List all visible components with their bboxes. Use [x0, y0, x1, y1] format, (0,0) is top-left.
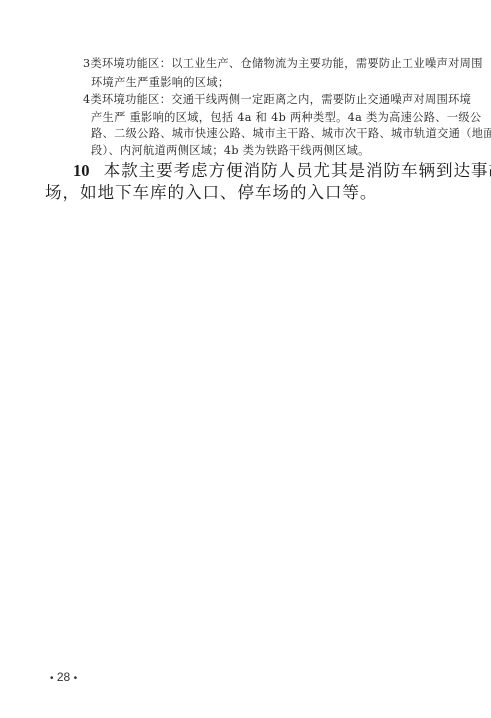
item-4-line-1: 4类环境功能区：交通干线两侧一定距离之内，需要防止交通噪声对周围环境 — [83, 91, 471, 108]
item-4-line-2: 产生严 重影响的区域，包括 4a 和 4b 两种类型。4a 类为高速公路、一级公 — [91, 109, 481, 126]
clause-10-line-1: 10本款主要考虑方便消防人员尤其是消防车辆到达事故现 — [73, 160, 491, 182]
clause-10-line-2: 场，如地下车库的入口、停车场的入口等。 — [45, 182, 377, 204]
page-number: 28 — [57, 670, 70, 684]
page-footer: • 28 • — [50, 670, 77, 684]
item-3-line-1: 3类环境功能区：以工业生产、仓储物流为主要功能，需要防止工业噪声对周围 — [83, 55, 483, 72]
clause-number: 10 — [73, 161, 90, 180]
bullet-left: • — [50, 673, 54, 684]
document-page: 3类环境功能区：以工业生产、仓储物流为主要功能，需要防止工业噪声对周围 环境产生… — [0, 0, 491, 718]
bullet-right: • — [74, 673, 78, 684]
clause-text-1: 本款主要考虑方便消防人员尤其是消防车辆到达事故现 — [104, 161, 491, 180]
item-4-line-4: 段）、内河航道两侧区域；4b 类为铁路干线两侧区域。 — [91, 142, 370, 159]
item-3-line-2: 环境产生严重影响的区域； — [91, 74, 229, 91]
item-4-line-3: 路、二级公路、城市快速公路、城市主干路、城市次干路、城市轨道交通（地面 — [91, 125, 491, 142]
